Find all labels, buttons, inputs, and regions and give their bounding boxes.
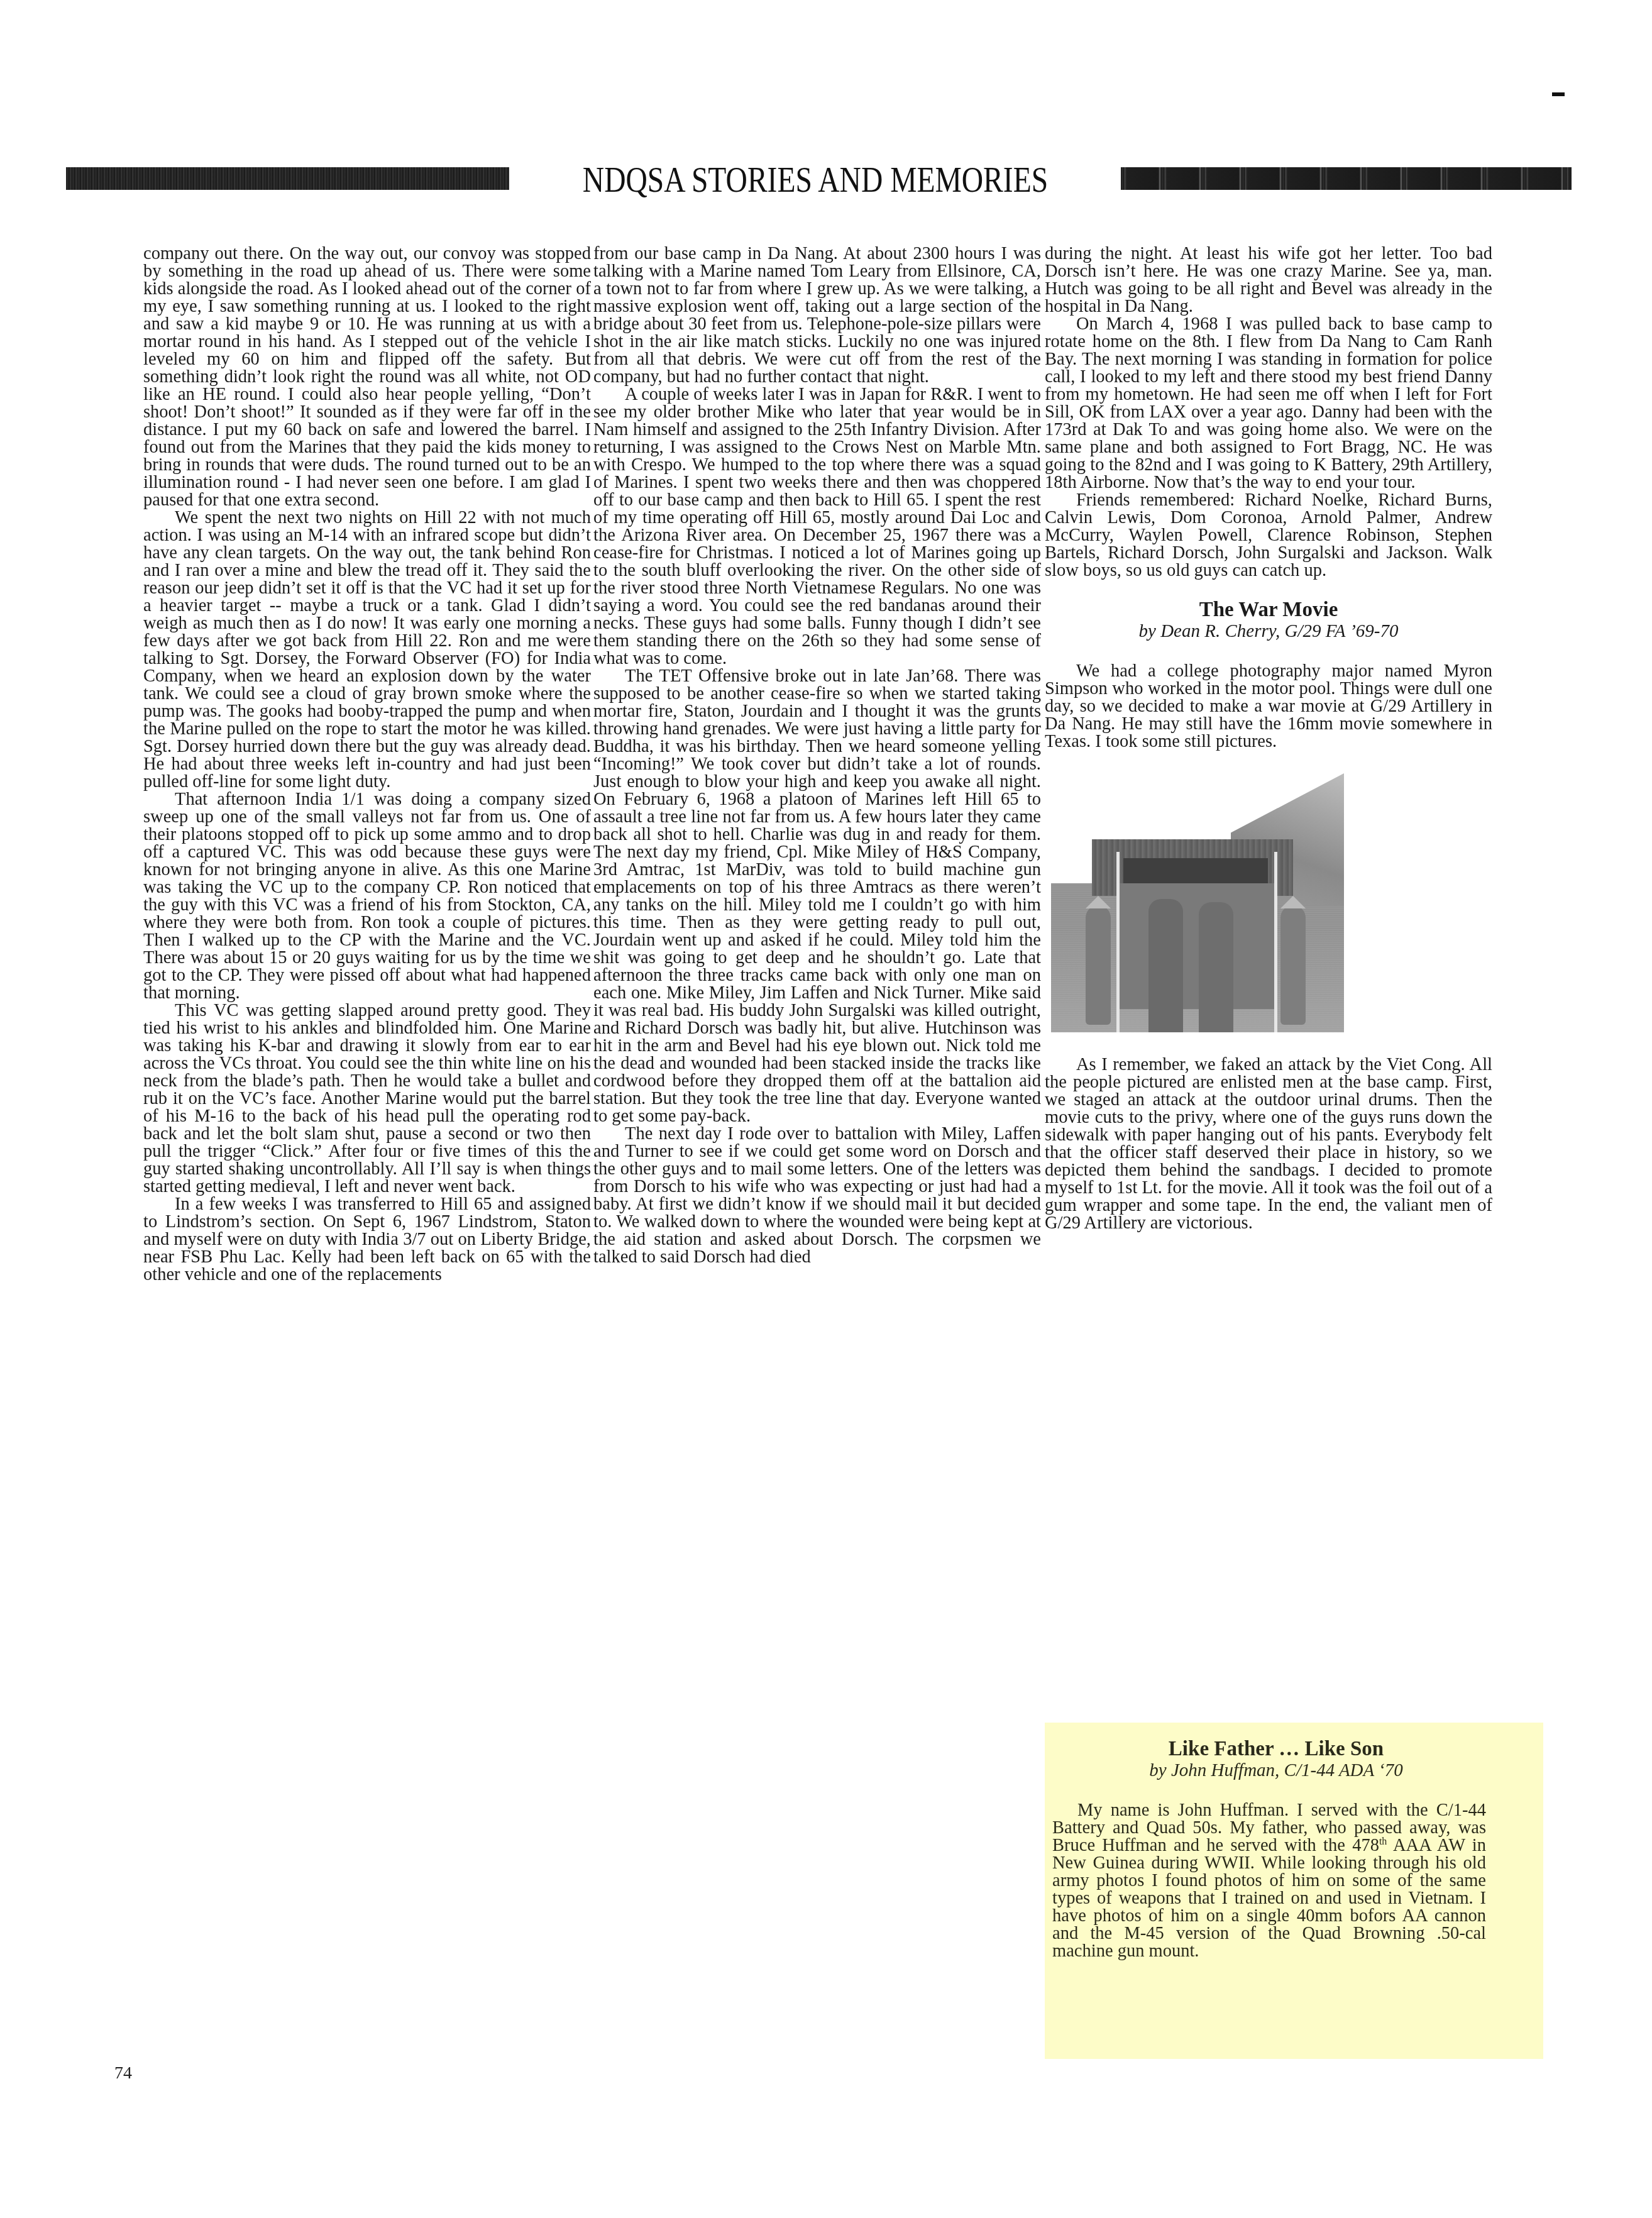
photo-post (1274, 852, 1277, 1032)
sidebar-inner: Like Father … Like Son by John Huffman, … (1052, 1736, 1327, 1960)
photo-person (1148, 899, 1183, 1032)
photo-person (1280, 905, 1306, 1025)
paragraph: during the night. At least his wife got … (1045, 245, 1492, 316)
header-bar-right (1121, 167, 1572, 190)
photo-person (1086, 905, 1111, 1025)
ordinal-suffix: th (1379, 1836, 1387, 1847)
paragraph: That afternoon India 1/1 was doing a com… (143, 791, 591, 1002)
paragraph: In a few weeks I was transferred to Hill… (143, 1196, 591, 1284)
header-bar-left (66, 167, 509, 190)
paragraph: A couple of weeks later I was in Japan f… (593, 386, 1041, 668)
article-title: The War Movie (1045, 599, 1492, 621)
paragraph: As I remember, we faked an attack by the… (1045, 1056, 1492, 1232)
photo-post (1116, 852, 1120, 1032)
war-movie-photo (1051, 773, 1344, 1032)
column-1: company out there. On the way out, our c… (143, 245, 591, 1284)
paragraph: The next day I rode over to battalion wi… (593, 1125, 1041, 1266)
column-2: from our base camp in Da Nang. At about … (593, 245, 1041, 1266)
paragraph: from our base camp in Da Nang. At about … (593, 245, 1041, 386)
sidebar-title: Like Father … Like Son (1052, 1738, 1500, 1760)
sidebar-byline: by John Huffman, C/1-44 ADA ‘70 (1052, 1760, 1500, 1780)
sidebar-body: My name is John Huffman. I served with t… (1052, 1802, 1486, 1960)
photo-wall (1117, 883, 1277, 1009)
paragraph: On March 4, 1968 I was pulled back to ba… (1045, 316, 1492, 492)
paragraph: This VC was getting slapped around prett… (143, 1002, 591, 1196)
photo-person (1199, 902, 1233, 1032)
article-byline: by Dean R. Cherry, G/29 FA ’69-70 (1045, 621, 1492, 641)
sidebar-story-box: Like Father … Like Son by John Huffman, … (1045, 1723, 1543, 2059)
page-number: 74 (114, 2063, 132, 2083)
section-header: NDQSA STORIES AND MEMORIES (66, 165, 1572, 195)
paragraph: Friends remembered: Richard Noelke, Rich… (1045, 492, 1492, 580)
paragraph: We had a college photography major named… (1045, 663, 1492, 751)
paragraph: The TET Offensive broke out in late Jan’… (593, 668, 1041, 1125)
section-title: NDQSA STORIES AND MEMORIES (573, 161, 1058, 199)
paragraph: company out there. On the way out, our c… (143, 245, 591, 509)
sidebar-body-text: AAA AW in New Guinea during WWII. While … (1052, 1836, 1486, 1961)
paragraph: We spent the next two nights on Hill 22 … (143, 509, 591, 791)
column-3: during the night. At least his wife got … (1045, 245, 1492, 1232)
corner-crop-mark (1552, 92, 1565, 96)
conical-hat-icon (1086, 896, 1111, 908)
